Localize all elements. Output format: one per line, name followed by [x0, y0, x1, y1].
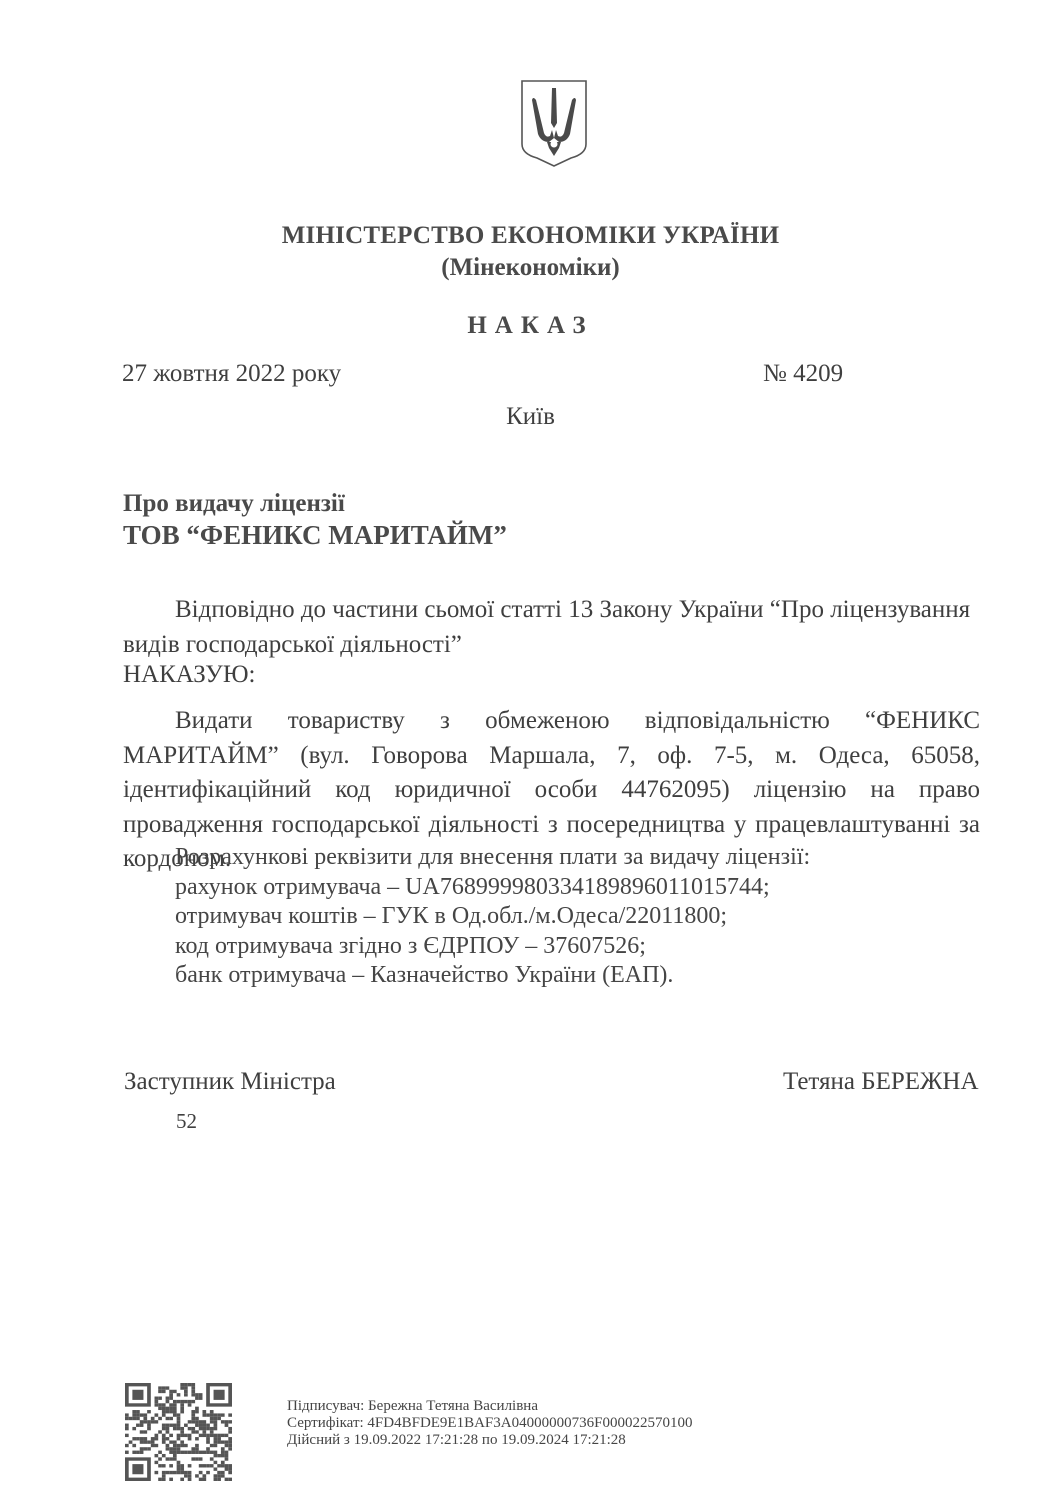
order-number: № 4209	[763, 360, 843, 388]
document-type-title: НАКАЗ	[0, 312, 1061, 340]
digital-signer: Підписувач: Бережна Тетяна Василівна	[287, 1398, 692, 1415]
signer-name: Тетяна БЕРЕЖНА	[783, 1068, 979, 1096]
page-number: 52	[176, 1109, 197, 1134]
requisites-heading: Розрахункові реквізити для внесення плат…	[175, 843, 810, 873]
order-city: Київ	[0, 403, 1061, 431]
requisite-bank: банк отримувача – Казначейство України (…	[175, 961, 810, 991]
subject-line-1: Про видачу ліцензії	[123, 490, 345, 518]
order-date: 27 жовтня 2022 року	[122, 360, 341, 388]
signer-position: Заступник Міністра	[124, 1068, 336, 1096]
subject-line-2: ТОВ “ФЕНИКС МАРИТАЙМ”	[123, 520, 507, 551]
ministry-short-name: (Мінекономіки)	[0, 254, 1061, 282]
requisite-recipient: отримувач коштів – ГУК в Од.обл./м.Одеса…	[175, 902, 810, 932]
requisite-account: рахунок отримувача – UA76899998033418989…	[175, 873, 810, 903]
preamble-paragraph: Відповідно до частини сьомої статті 13 З…	[123, 593, 980, 662]
certificate-id: Сертифікат: 4FD4BFDE9E1BAF3A04000000736F…	[287, 1415, 692, 1432]
certificate-validity: Дійсний з 19.09.2022 17:21:28 по 19.09.2…	[287, 1432, 692, 1449]
trident-emblem-icon	[519, 78, 589, 168]
ministry-name: МІНІСТЕРСТВО ЕКОНОМІКИ УКРАЇНИ	[0, 222, 1061, 250]
payment-requisites: Розрахункові реквізити для внесення плат…	[175, 843, 810, 991]
order-word: НАКАЗУЮ:	[123, 661, 255, 689]
qr-code-icon	[125, 1383, 232, 1481]
digital-signature-info: Підписувач: Бережна Тетяна Василівна Сер…	[287, 1398, 692, 1449]
requisite-edrpou: код отримувача згідно з ЄДРПОУ – 3760752…	[175, 932, 810, 962]
